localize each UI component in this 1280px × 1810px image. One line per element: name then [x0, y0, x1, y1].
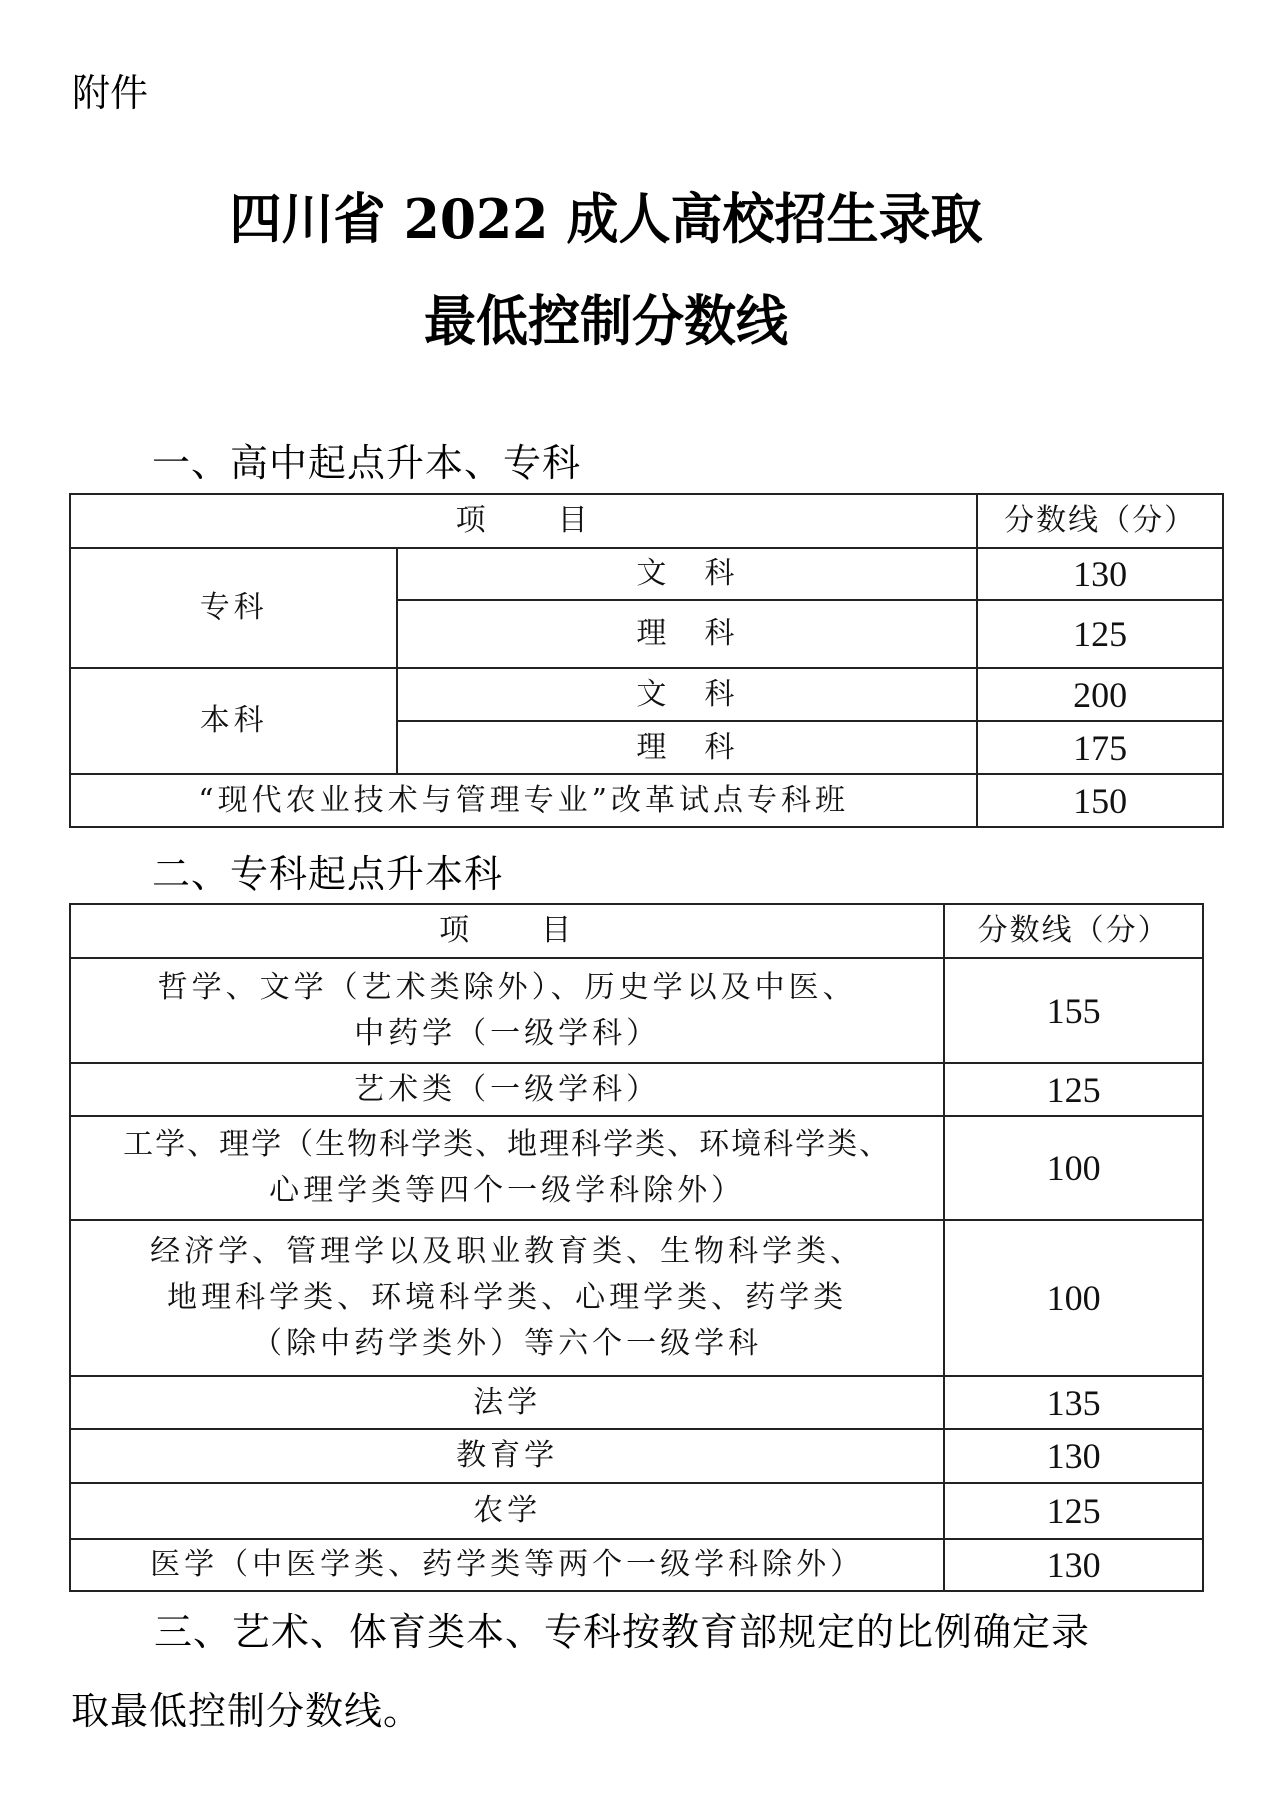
score-cell: 125 [944, 1483, 1203, 1539]
section1-score-table: 项 目 分数线（分） 专科 文 科 130 理 科 125 本科 文 科 200… [69, 493, 1224, 828]
discipline-cell: 经济学、管理学以及职业教育类、生物科学类、 地理科学类、环境科学类、心理学类、药… [70, 1220, 944, 1376]
special-program-cell: “现代农业技术与管理专业”改革试点专科班 [70, 774, 977, 827]
section2-heading: 二、专科起点升本科 [152, 851, 503, 897]
discipline-cell: 工学、理学（生物科学类、地理科学类、环境科学类、 心理学类等四个一级学科除外） [70, 1116, 944, 1220]
discipline-line: 心理学类等四个一级学科除外） [71, 1168, 943, 1214]
level-cell: 专科 [70, 548, 397, 668]
discipline-line: 哲学、文学（艺术类除外）、历史学以及中医、 [71, 965, 943, 1011]
table-row: 法学 135 [70, 1376, 1203, 1429]
discipline-cell: 农学 [70, 1483, 944, 1539]
score-cell: 130 [944, 1429, 1203, 1483]
column-header-score: 分数线（分） [944, 904, 1203, 958]
discipline-cell: 医学（中医学类、药学类等两个一级学科除外） [70, 1539, 944, 1591]
section3-paragraph-line2: 取最低控制分数线。 [71, 1688, 422, 1734]
table-row: 专科 文 科 130 [70, 548, 1223, 600]
score-cell: 130 [944, 1539, 1203, 1591]
table-row: 本科 文 科 200 [70, 668, 1223, 721]
score-cell: 130 [977, 548, 1223, 600]
discipline-line: 中药学（一级学科） [71, 1011, 943, 1057]
column-header-score: 分数线（分） [977, 494, 1223, 548]
score-cell: 135 [944, 1376, 1203, 1429]
table-row: 教育学 130 [70, 1429, 1203, 1483]
score-cell: 125 [977, 600, 1223, 668]
discipline-line: 经济学、管理学以及职业教育类、生物科学类、 [71, 1229, 943, 1275]
score-cell: 100 [944, 1220, 1203, 1376]
track-cell: 理 科 [397, 600, 977, 668]
discipline-cell: 教育学 [70, 1429, 944, 1483]
table-row: 艺术类（一级学科） 125 [70, 1063, 1203, 1116]
discipline-line: （除中药学类外）等六个一级学科 [71, 1321, 943, 1367]
score-cell: 200 [977, 668, 1223, 721]
discipline-cell: 法学 [70, 1376, 944, 1429]
table-header-row: 项 目 分数线（分） [70, 904, 1203, 958]
table-row: 经济学、管理学以及职业教育类、生物科学类、 地理科学类、环境科学类、心理学类、药… [70, 1220, 1203, 1376]
track-cell: 理 科 [397, 721, 977, 774]
document-title-line1: 四川省 2022 成人高校招生录取 [0, 189, 1246, 252]
track-cell: 文 科 [397, 668, 977, 721]
table-row: 医学（中医学类、药学类等两个一级学科除外） 130 [70, 1539, 1203, 1591]
discipline-cell: 哲学、文学（艺术类除外）、历史学以及中医、 中药学（一级学科） [70, 958, 944, 1063]
document-title-line2: 最低控制分数线 [0, 291, 1246, 354]
column-header-item: 项 目 [70, 494, 977, 548]
score-cell: 155 [944, 958, 1203, 1063]
score-cell: 125 [944, 1063, 1203, 1116]
score-cell: 100 [944, 1116, 1203, 1220]
score-cell: 175 [977, 721, 1223, 774]
attachment-label: 附件 [72, 70, 148, 116]
section1-heading: 一、高中起点升本、专科 [152, 440, 581, 486]
track-cell: 文 科 [397, 548, 977, 600]
table-row: 农学 125 [70, 1483, 1203, 1539]
table-header-row: 项 目 分数线（分） [70, 494, 1223, 548]
section3-paragraph-line1: 三、艺术、体育类本、专科按教育部规定的比例确定录 [154, 1609, 1090, 1655]
discipline-line: 工学、理学（生物科学类、地理科学类、环境科学类、 [71, 1122, 943, 1168]
score-cell: 150 [977, 774, 1223, 827]
section2-score-table: 项 目 分数线（分） 哲学、文学（艺术类除外）、历史学以及中医、 中药学（一级学… [69, 903, 1204, 1592]
discipline-line: 地理科学类、环境科学类、心理学类、药学类 [71, 1275, 943, 1321]
column-header-item: 项 目 [70, 904, 944, 958]
table-row: “现代农业技术与管理专业”改革试点专科班 150 [70, 774, 1223, 827]
discipline-cell: 艺术类（一级学科） [70, 1063, 944, 1116]
level-cell: 本科 [70, 668, 397, 774]
table-row: 工学、理学（生物科学类、地理科学类、环境科学类、 心理学类等四个一级学科除外） … [70, 1116, 1203, 1220]
table-row: 哲学、文学（艺术类除外）、历史学以及中医、 中药学（一级学科） 155 [70, 958, 1203, 1063]
